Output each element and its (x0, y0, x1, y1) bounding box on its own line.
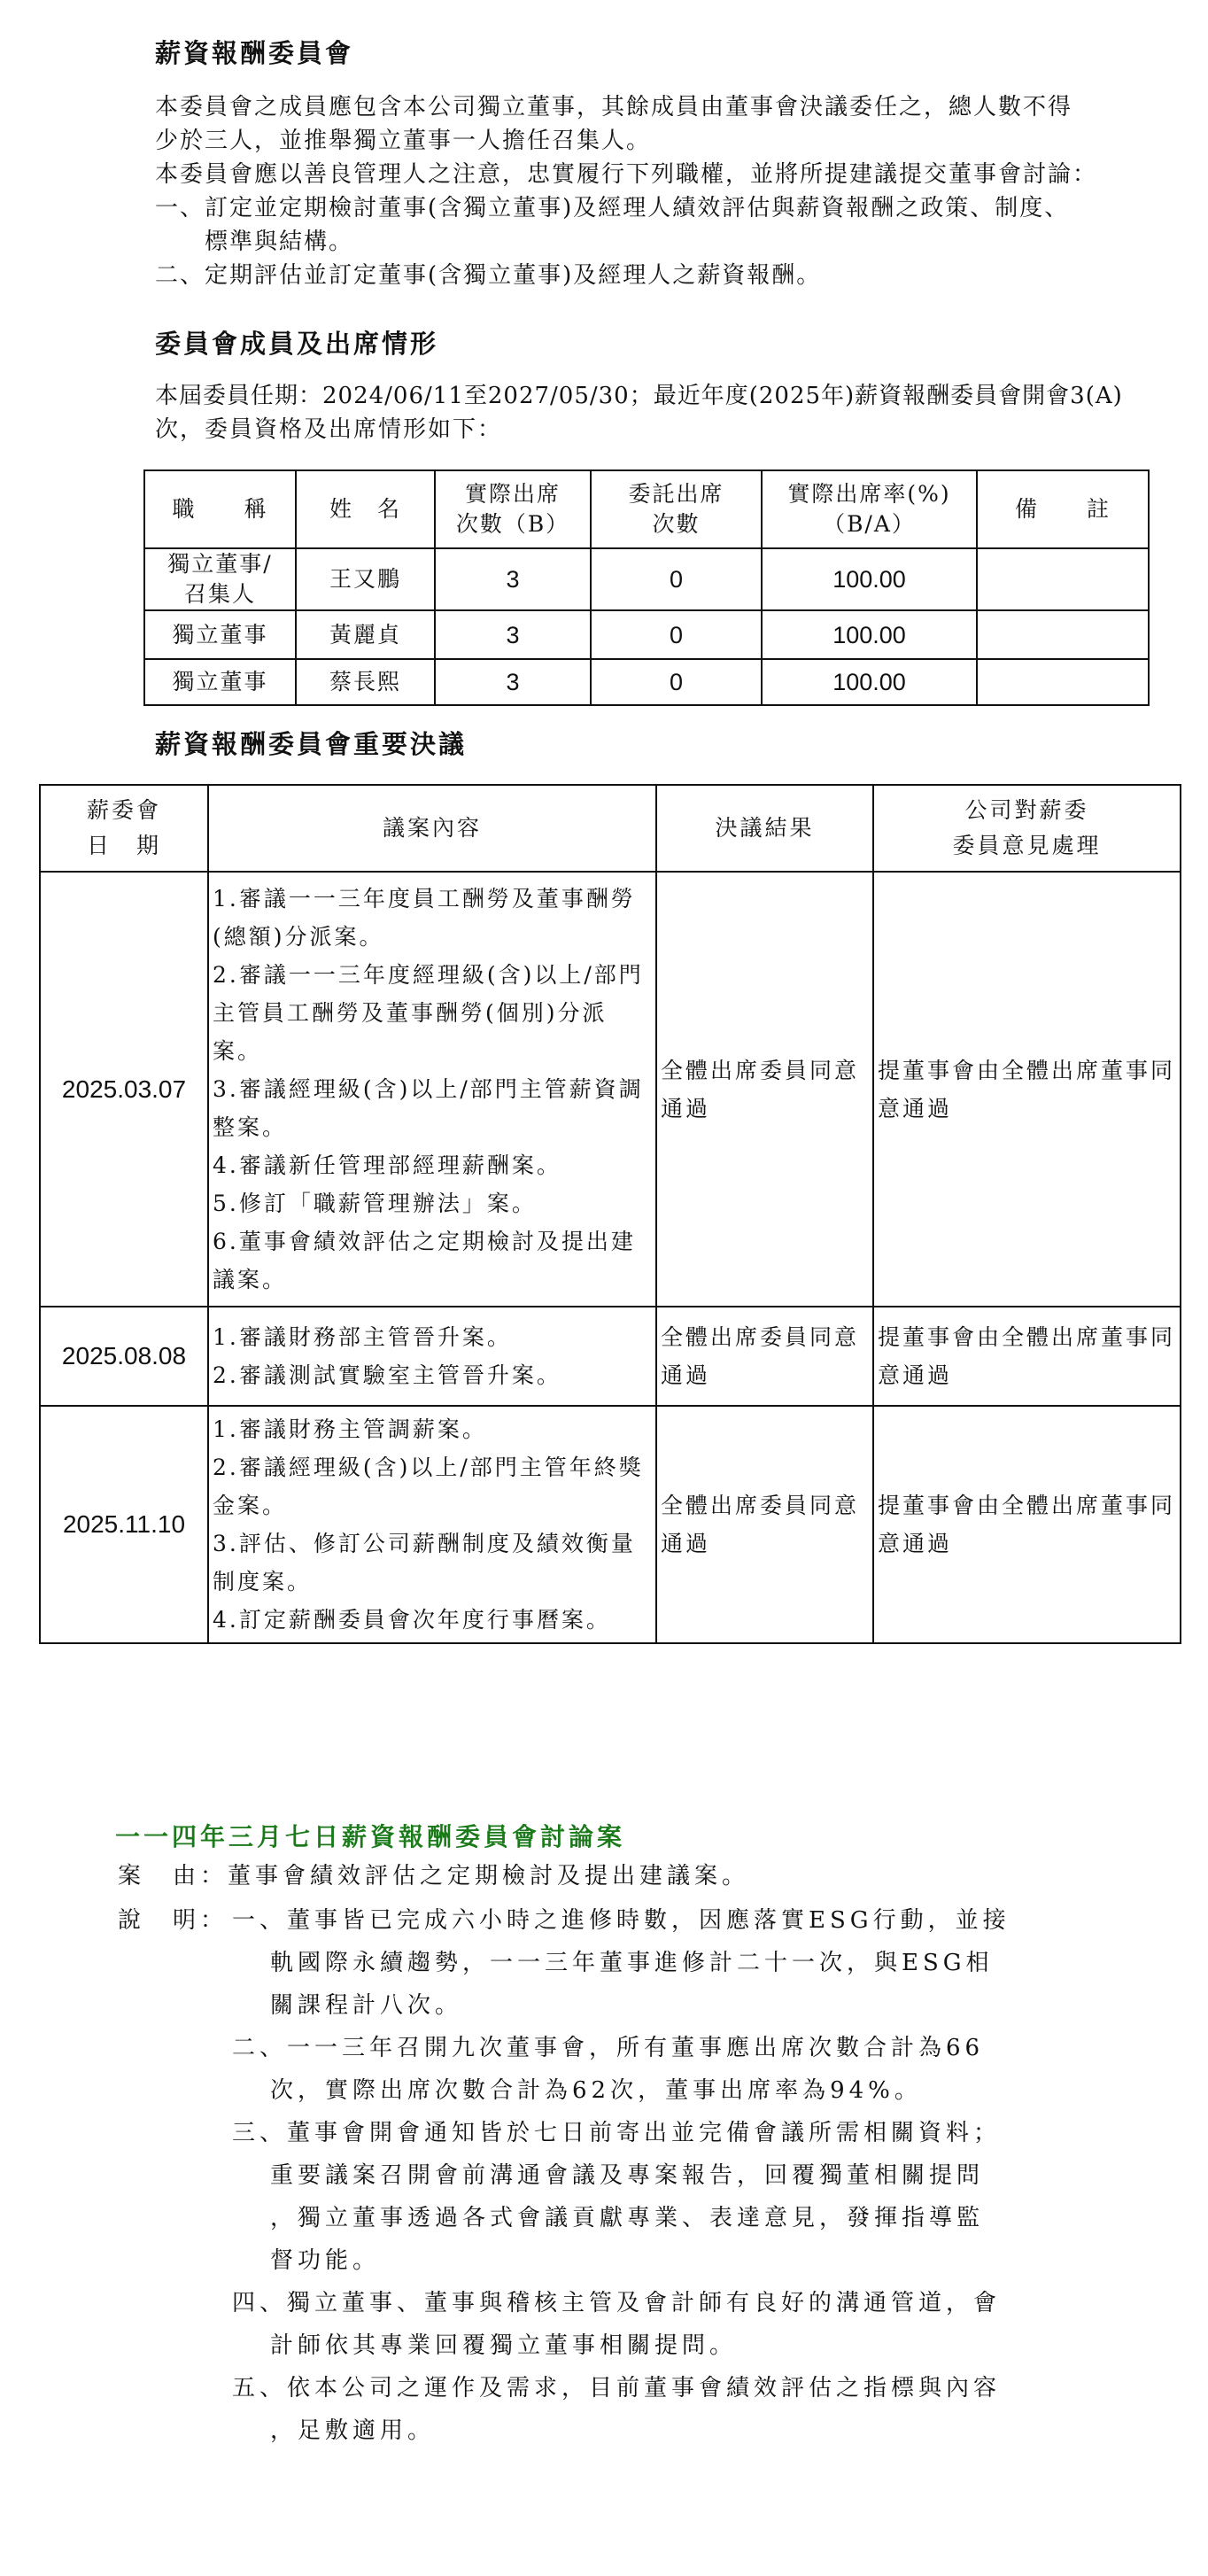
paragraph-line: 本委員會應以善良管理人之注意，忠實履行下列職權，並將所提建議提交董事會討論： (155, 158, 1097, 191)
header-content: 議案內容 (208, 785, 656, 872)
agenda-item: 4.訂定薪酬委員會次年度行事曆案。 (213, 1601, 652, 1639)
resolution-result: 全體出席委員同意通過 (656, 1307, 873, 1406)
attendance-table: 職 稱 姓 名 實際出席 次數（B） 委託出席 次數 實際出席率(%) （B/A… (143, 469, 1150, 706)
committee-description: 本委員會之成員應包含本公司獨立董事，其餘成員由董事會決議委任之，總人數不得 少於… (155, 90, 1097, 292)
member-attended: 3 (435, 610, 591, 659)
point-line: 四、獨立董事、董事與稽核主管及會計師有良好的溝通管道，會 (232, 2287, 1011, 2319)
agenda-item: 4.審議新任管理部經理薪酬案。 (213, 1146, 652, 1184)
case-text: 董事會績效評估之定期檢討及提出建議案。 (228, 1863, 749, 1889)
point-marker: 五、 (232, 2375, 287, 2401)
member-attended: 3 (435, 548, 591, 610)
point-line: 計師依其專業回覆獨立董事相關提問。 (270, 2330, 1011, 2362)
meeting-date: 2025.11.10 (40, 1406, 208, 1643)
member-title: 獨立董事/ 召集人 (144, 548, 296, 610)
member-rate: 100.00 (762, 610, 977, 659)
header-note: 備 註 (977, 470, 1149, 548)
header-rate: 實際出席率(%) （B/A） (762, 470, 977, 548)
term-info-line2: 次，委員資格及出席情形如下： (155, 413, 502, 446)
agenda-item: 3.評估、修訂公司薪酬制度及績效衡量制度案。 (213, 1525, 652, 1601)
discussion-title: 一一四年三月七日薪資報酬委員會討論案 (115, 1818, 625, 1853)
meeting-date: 2025.08.08 (40, 1307, 208, 1406)
table-row: 2025.11.10 1.審議財務主管調薪案。 2.審議經理級(含)以上/部門主… (40, 1406, 1181, 1643)
section-title-members: 委員會成員及出席情形 (155, 324, 438, 361)
resolutions-table: 薪委會 日 期 議案內容 決議結果 公司對薪委 委員意見處理 2025.03.0… (39, 784, 1181, 1644)
member-proxy: 0 (591, 659, 762, 705)
agenda-item: 1.審議財務部主管晉升案。 (213, 1318, 652, 1356)
point-line: 五、依本公司之運作及需求，目前董事會績效評估之指標與內容 (232, 2372, 1011, 2404)
point-line: 督功能。 (270, 2245, 1011, 2277)
agenda-items: 1.審議財務主管調薪案。 2.審議經理級(含)以上/部門主管年終獎金案。 3.評… (208, 1406, 656, 1643)
member-note (977, 659, 1149, 705)
agenda-items: 1.審議財務部主管晉升案。 2.審議測試實驗室主管晉升案。 (208, 1307, 656, 1406)
meeting-date: 2025.03.07 (40, 872, 208, 1307)
member-attended: 3 (435, 659, 591, 705)
point-5: 五、依本公司之運作及需求，目前董事會績效評估之指標與內容 ，足敷適用。 (232, 2372, 1011, 2447)
point-line: ，獨立董事透過各式會議貢獻專業、表達意見，發揮指導監 (270, 2202, 1011, 2234)
member-title: 獨立董事 (144, 659, 296, 705)
header-title: 職 稱 (144, 470, 296, 548)
member-name: 蔡長熙 (296, 659, 435, 705)
case-row: 案 由：董事會績效評估之定期檢討及提出建議案。 (118, 1860, 749, 1892)
case-label: 案 由： (118, 1863, 228, 1889)
member-title: 獨立董事 (144, 610, 296, 659)
point-line: 三、董事會開會通知皆於七日前寄出並完備會議所需相關資料； (232, 2117, 1011, 2149)
paragraph-line: 標準與結構。 (155, 225, 1097, 259)
table-row: 2025.08.08 1.審議財務部主管晉升案。 2.審議測試實驗室主管晉升案。… (40, 1307, 1181, 1406)
point-text: 依本公司之運作及需求，目前董事會績效評估之指標與內容 (287, 2375, 1001, 2401)
point-text: 一一三年召開九次董事會，所有董事應出席次數合計為66 (287, 2035, 984, 2061)
point-line: 關課程計八次。 (270, 1990, 1011, 2021)
table-header-row: 職 稱 姓 名 實際出席 次數（B） 委託出席 次數 實際出席率(%) （B/A… (144, 470, 1149, 548)
desc-label: 說 明： (118, 1905, 228, 1936)
point-4: 四、獨立董事、董事與稽核主管及會計師有良好的溝通管道，會 計師依其專業回覆獨立董… (232, 2287, 1011, 2362)
point-text: 獨立董事、董事與稽核主管及會計師有良好的溝通管道，會 (287, 2290, 1001, 2316)
paragraph-line: 少於三人，並推舉獨立董事一人擔任召集人。 (155, 124, 1097, 158)
header-handling: 公司對薪委 委員意見處理 (873, 785, 1181, 872)
table-row: 獨立董事/ 召集人 王又鵬 3 0 100.00 (144, 548, 1149, 610)
point-line: 一、董事皆已完成六小時之進修時數，因應落實ESG行動，並接 (232, 1905, 1011, 1936)
resolution-result: 全體出席委員同意通過 (656, 872, 873, 1307)
agenda-item: 2.審議測試實驗室主管晉升案。 (213, 1356, 652, 1394)
table-row: 獨立董事 黃麗貞 3 0 100.00 (144, 610, 1149, 659)
agenda-item: 1.審議一一三年度員工酬勞及董事酬勞(總額)分派案。 (213, 880, 652, 956)
member-name: 黃麗貞 (296, 610, 435, 659)
point-marker: 三、 (232, 2120, 287, 2146)
member-note (977, 610, 1149, 659)
header-attended: 實際出席 次數（B） (435, 470, 591, 548)
table-header-row: 薪委會 日 期 議案內容 決議結果 公司對薪委 委員意見處理 (40, 785, 1181, 872)
agenda-item: 3.審議經理級(含)以上/部門主管薪資調整案。 (213, 1070, 652, 1146)
point-1: 一、董事皆已完成六小時之進修時數，因應落實ESG行動，並接 軌國際永續趨勢，一一… (232, 1905, 1011, 2021)
point-marker: 四、 (232, 2290, 287, 2316)
agenda-item: 2.審議經理級(含)以上/部門主管年終獎金案。 (213, 1448, 652, 1525)
header-date: 薪委會 日 期 (40, 785, 208, 872)
point-line: ，足敷適用。 (270, 2415, 1011, 2447)
paragraph-line: 二、定期評估並訂定董事(含獨立董事)及經理人之薪資報酬。 (155, 259, 1097, 292)
point-2: 二、一一三年召開九次董事會，所有董事應出席次數合計為66 次，實際出席次數合計為… (232, 2032, 1011, 2107)
agenda-item: 5.修訂「職薪管理辦法」案。 (213, 1184, 652, 1222)
company-handling: 提董事會由全體出席董事同意通過 (873, 1307, 1181, 1406)
paragraph-line: 本委員會之成員應包含本公司獨立董事，其餘成員由董事會決議委任之，總人數不得 (155, 90, 1097, 124)
description-points: 一、董事皆已完成六小時之進修時數，因應落實ESG行動，並接 軌國際永續趨勢，一一… (232, 1905, 1011, 2447)
member-name: 王又鵬 (296, 548, 435, 610)
agenda-item: 6.董事會績效評估之定期檢討及提出建議案。 (213, 1222, 652, 1299)
point-text: 董事會開會通知皆於七日前寄出並完備會議所需相關資料； (287, 2120, 1001, 2146)
point-line: 次，實際出席次數合計為62次，董事出席率為94%。 (270, 2075, 1011, 2107)
member-proxy: 0 (591, 548, 762, 610)
resolution-result: 全體出席委員同意通過 (656, 1406, 873, 1643)
paragraph-line: 一、訂定並定期檢討董事(含獨立董事)及經理人績效評估與薪資報酬之政策、制度、 (155, 191, 1097, 225)
table-row: 獨立董事 蔡長熙 3 0 100.00 (144, 659, 1149, 705)
company-handling: 提董事會由全體出席董事同意通過 (873, 1406, 1181, 1643)
point-text: 董事皆已完成六小時之進修時數，因應落實ESG行動，並接 (287, 1907, 1011, 1934)
company-handling: 提董事會由全體出席董事同意通過 (873, 872, 1181, 1307)
point-line: 重要議案召開會前溝通會議及專案報告，回覆獨董相關提問 (270, 2160, 1011, 2192)
header-proxy: 委託出席 次數 (591, 470, 762, 548)
term-info-line1: 本屆委員任期：2024/06/11至2027/05/30；最近年度(2025年)… (155, 379, 1123, 413)
agenda-item: 1.審議財務主管調薪案。 (213, 1410, 652, 1448)
table-row: 2025.03.07 1.審議一一三年度員工酬勞及董事酬勞(總額)分派案。 2.… (40, 872, 1181, 1307)
point-line: 軌國際永續趨勢，一一三年董事進修計二十一次，與ESG相 (270, 1947, 1011, 1979)
point-3: 三、董事會開會通知皆於七日前寄出並完備會議所需相關資料； 重要議案召開會前溝通會… (232, 2117, 1011, 2277)
section-title-resolutions: 薪資報酬委員會重要決議 (155, 725, 467, 761)
point-marker: 一、 (232, 1907, 287, 1934)
agenda-item: 2.審議一一三年度經理級(含)以上/部門主管員工酬勞及董事酬勞(個別)分派案。 (213, 956, 652, 1070)
section-title-committee: 薪資報酬委員會 (155, 34, 353, 70)
member-rate: 100.00 (762, 548, 977, 610)
point-marker: 二、 (232, 2035, 287, 2061)
member-proxy: 0 (591, 610, 762, 659)
agenda-items: 1.審議一一三年度員工酬勞及董事酬勞(總額)分派案。 2.審議一一三年度經理級(… (208, 872, 656, 1307)
header-result: 決議結果 (656, 785, 873, 872)
point-line: 二、一一三年召開九次董事會，所有董事應出席次數合計為66 (232, 2032, 1011, 2064)
header-name: 姓 名 (296, 470, 435, 548)
member-rate: 100.00 (762, 659, 977, 705)
member-note (977, 548, 1149, 610)
